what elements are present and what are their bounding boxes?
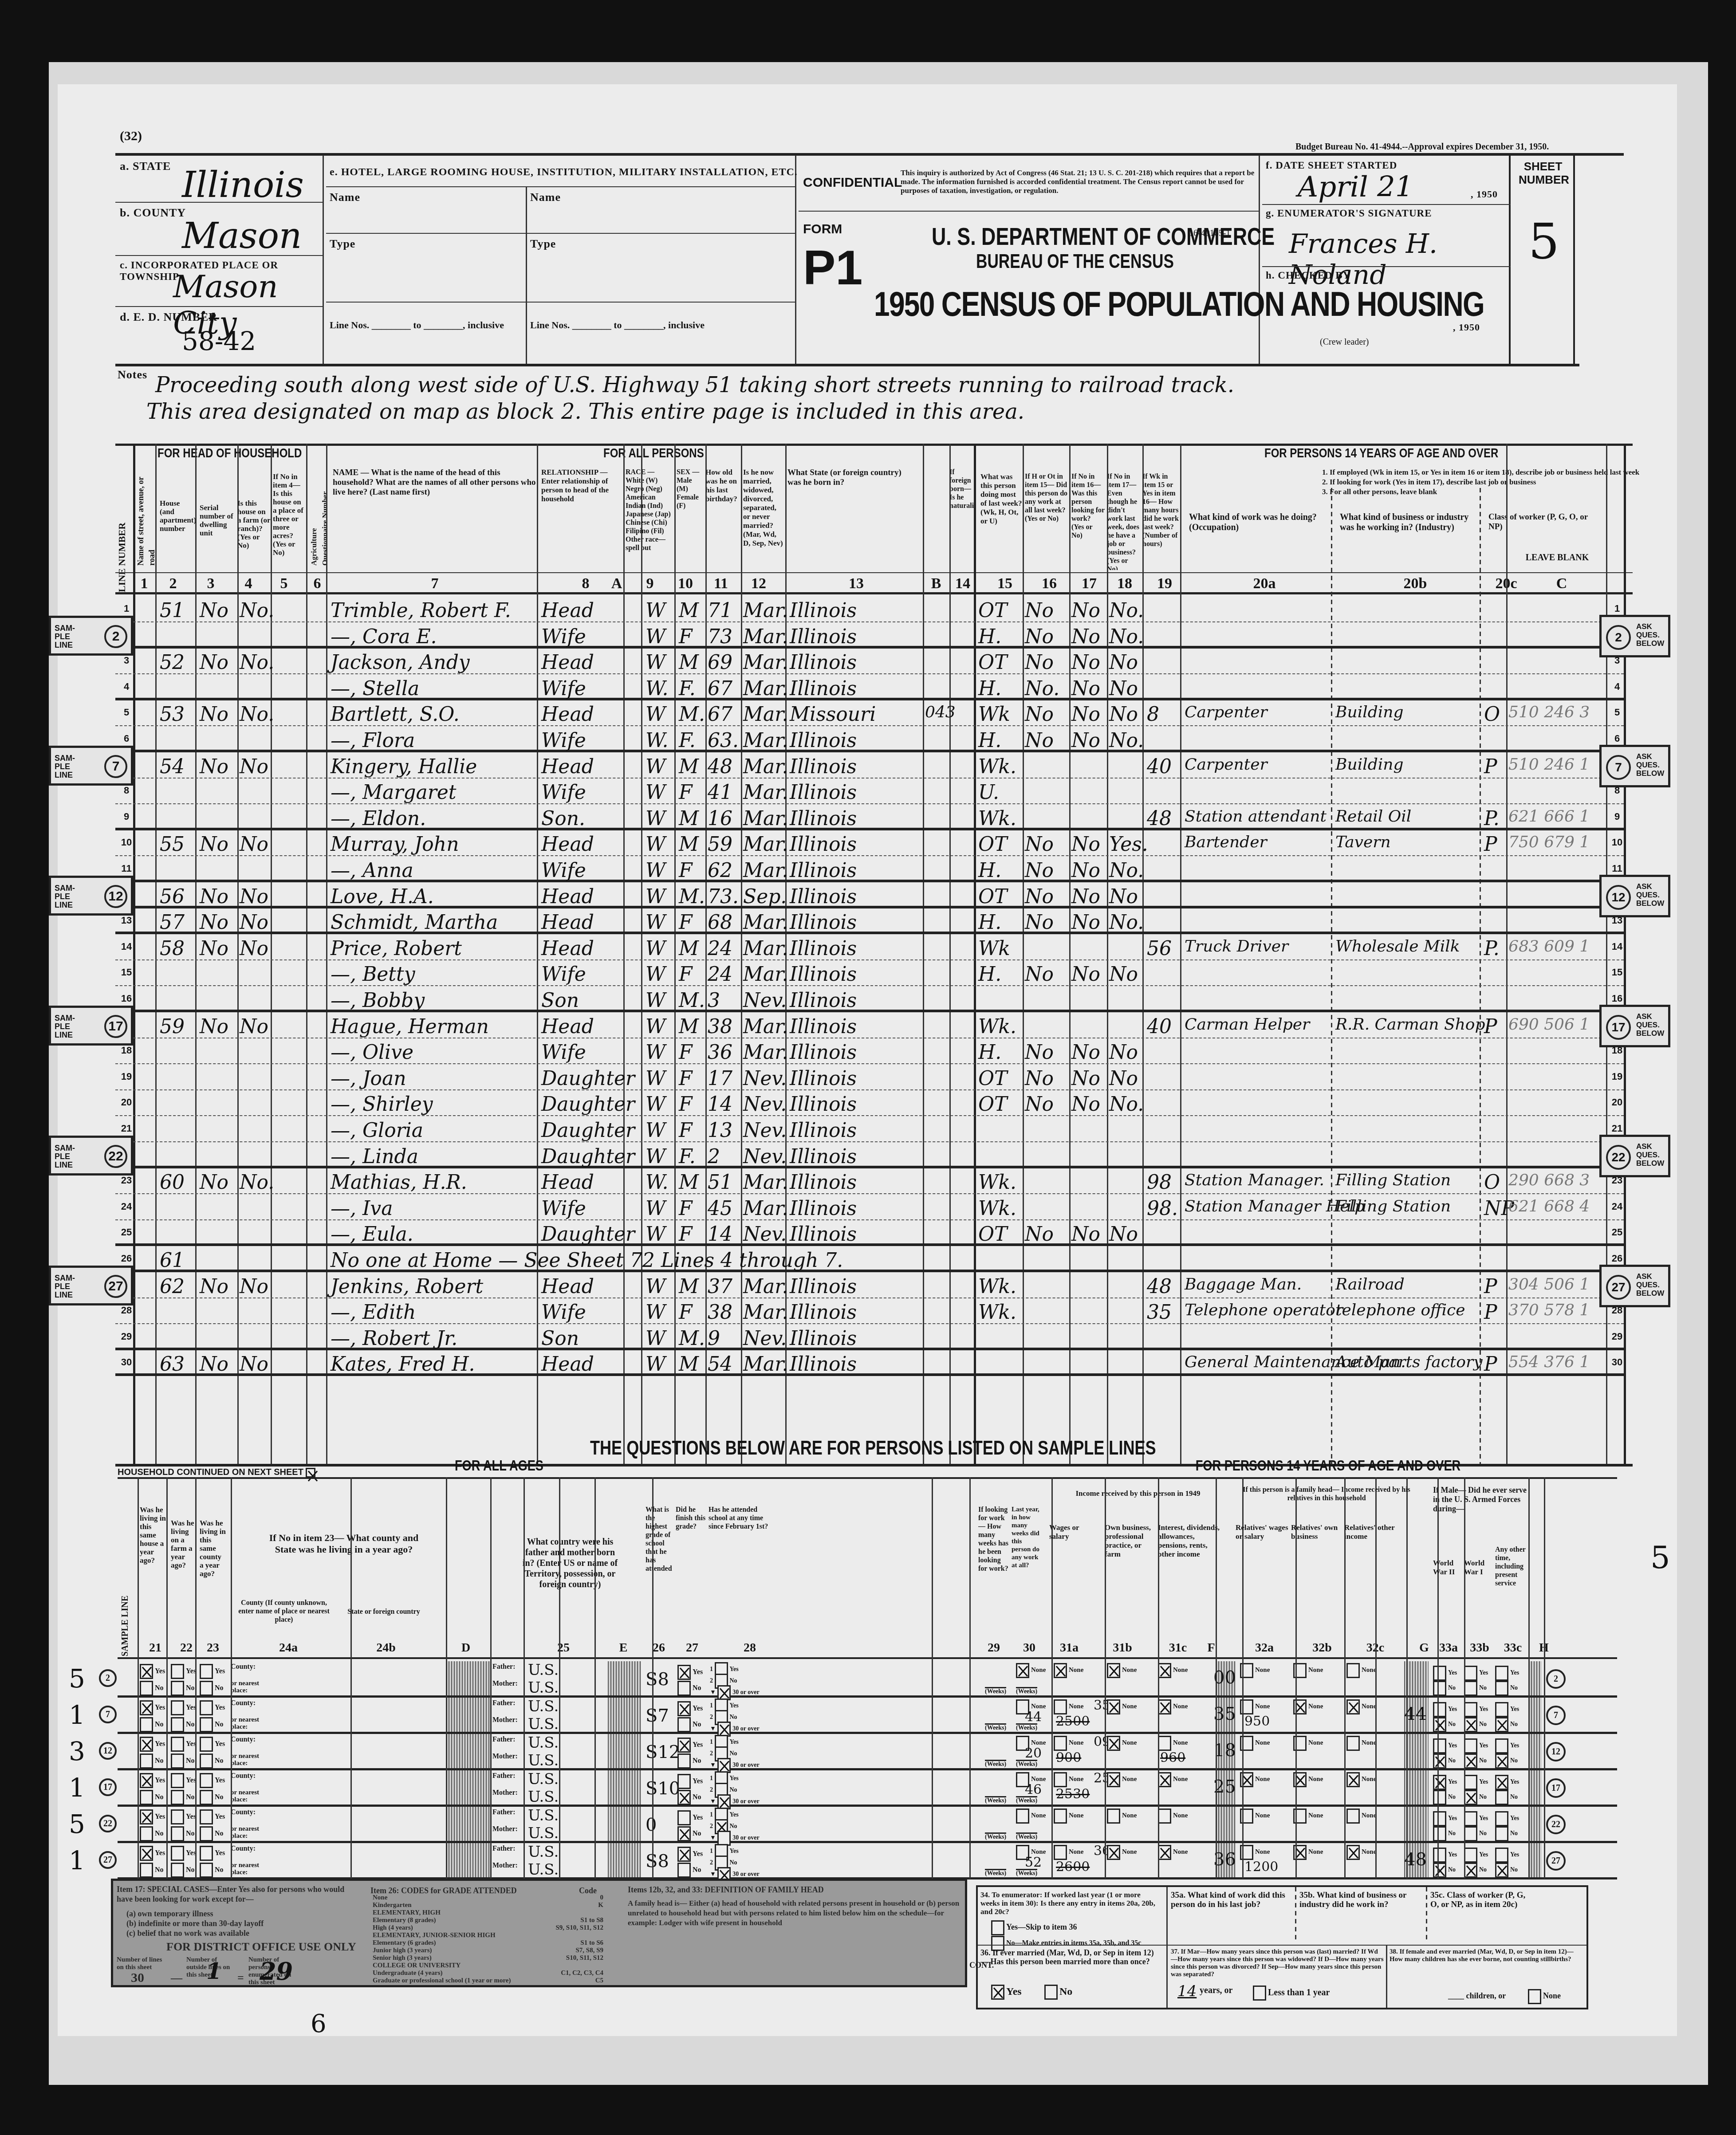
grade-code-item: ELEMENTARY, HIGH xyxy=(373,1909,603,1917)
q22-no-checkbox[interactable] xyxy=(171,1754,184,1769)
sample-line-circle-right: 22 xyxy=(1546,1815,1566,1834)
q23-yes[interactable]: Yes xyxy=(200,1700,225,1715)
q27-no[interactable]: No xyxy=(677,1754,701,1769)
q23-yes-checkbox[interactable] xyxy=(200,1773,213,1788)
q23-yes-checkbox[interactable] xyxy=(200,1846,213,1861)
q27-no-checkbox[interactable] xyxy=(677,1717,691,1732)
sample-header-band: SAMPLE LINE Was he living in this same h… xyxy=(118,1477,1617,1659)
q21-yes-checkbox[interactable] xyxy=(140,1737,153,1752)
race: W xyxy=(646,833,665,856)
q27-no[interactable]: No xyxy=(677,1826,701,1841)
line-number-right: 18 xyxy=(1608,1045,1626,1056)
q33a-yes-checkbox[interactable] xyxy=(1433,1811,1446,1826)
q31a-none-checkbox[interactable] xyxy=(1054,1845,1067,1860)
q23-no[interactable]: No xyxy=(200,1681,224,1696)
q33c-no-checkbox[interactable] xyxy=(1495,1717,1508,1732)
person-name: Trimble, Robert F. xyxy=(331,599,511,622)
q31b-none[interactable]: None xyxy=(1107,1845,1137,1860)
q33a-yes[interactable]: Yes xyxy=(1433,1848,1457,1863)
q27-yes-checkbox[interactable] xyxy=(677,1847,691,1862)
q33a-yes[interactable]: Yes xyxy=(1433,1811,1457,1826)
form-id: P1 xyxy=(803,240,863,296)
q33b-no[interactable]: No xyxy=(1464,1681,1487,1696)
q22-no[interactable]: No xyxy=(171,1754,195,1769)
q32a-none[interactable]: None xyxy=(1240,1699,1270,1714)
person-name: Love, H.A. xyxy=(331,885,434,908)
q33a-no-checkbox[interactable] xyxy=(1433,1717,1446,1732)
q27-yes[interactable]: Yes xyxy=(677,1847,703,1862)
q27-no[interactable]: No xyxy=(677,1790,701,1805)
q31c-none[interactable]: None xyxy=(1158,1809,1188,1824)
q23-yes[interactable]: Yes xyxy=(200,1846,225,1861)
q32c-none-checkbox[interactable] xyxy=(1346,1736,1360,1751)
q33b-yes[interactable]: Yes xyxy=(1464,1848,1488,1863)
q23-no[interactable]: No xyxy=(200,1826,224,1841)
q31c-none-checkb[interactable] xyxy=(1158,1736,1171,1751)
sex: M xyxy=(679,833,699,856)
house-number: 52 xyxy=(160,651,185,674)
q23-no-checkbox[interactable] xyxy=(200,1681,213,1696)
q22-yes-checkbox[interactable] xyxy=(171,1809,184,1824)
q21-yes-checkbox[interactable] xyxy=(140,1846,153,1861)
q22-yes[interactable]: Yes xyxy=(171,1846,196,1861)
q31c-none[interactable]: None xyxy=(1158,1736,1188,1751)
q23-no-checkbox[interactable] xyxy=(200,1717,213,1732)
q22-no-checkbox[interactable] xyxy=(171,1790,184,1805)
q22-no[interactable]: No xyxy=(171,1717,195,1732)
person-name: —, Stella xyxy=(331,677,419,700)
q27-yes[interactable]: Yes xyxy=(677,1701,703,1716)
q23-no[interactable]: No xyxy=(200,1717,224,1732)
q31a-none[interactable]: None xyxy=(1054,1699,1083,1714)
q33a-no[interactable]: No xyxy=(1433,1826,1456,1841)
q33c-yes[interactable]: Yes xyxy=(1495,1775,1519,1790)
q27-no-checkbox[interactable] xyxy=(677,1863,691,1878)
grade-code-item: ELEMENTARY, JUNIOR-SENIOR HIGH xyxy=(373,1932,603,1939)
q33a-yes-checkbox[interactable] xyxy=(1433,1666,1446,1681)
q31c-none-checkb[interactable] xyxy=(1158,1663,1171,1678)
relationship: Daughter xyxy=(541,1145,635,1168)
q27-yes[interactable]: Yes xyxy=(677,1738,703,1753)
q33b-yes[interactable]: Yes xyxy=(1464,1702,1488,1717)
q22-no-checkbox[interactable] xyxy=(171,1863,184,1878)
class-of-worker: P xyxy=(1484,1353,1497,1376)
q33a-yes-checkbox[interactable] xyxy=(1433,1702,1446,1717)
has-job: No xyxy=(1109,963,1138,986)
q21-no[interactable]: No xyxy=(140,1826,164,1841)
q33a-no[interactable]: No xyxy=(1433,1754,1456,1769)
q31c-none-checkb[interactable] xyxy=(1158,1809,1171,1824)
q31b-none[interactable]: None xyxy=(1107,1736,1137,1751)
divider xyxy=(231,1477,232,1879)
occupation-instruction-2: 2. If looking for work (Yes in item 17),… xyxy=(1322,478,1699,487)
q33c-no-checkbox[interactable] xyxy=(1495,1790,1508,1805)
q32b-none[interactable]: None xyxy=(1293,1772,1323,1787)
q32c-none[interactable]: None xyxy=(1346,1845,1376,1860)
q23-yes[interactable]: Yes xyxy=(200,1809,225,1824)
q33b-no-checkbox[interactable] xyxy=(1464,1681,1477,1696)
q31a-none-checkbox[interactable] xyxy=(1054,1736,1067,1751)
q33c-no[interactable]: No xyxy=(1495,1717,1518,1732)
grade-code-label: Junior high (3 years) xyxy=(373,1947,432,1954)
q31b-none-checkbox[interactable] xyxy=(1107,1809,1120,1824)
divider xyxy=(115,202,324,203)
q38-none-checkbox[interactable] xyxy=(1528,1989,1541,2004)
margin-tally: 1 xyxy=(69,1845,85,1875)
q27-no-checkbox[interactable] xyxy=(677,1790,691,1805)
q31c-none[interactable]: None xyxy=(1158,1845,1188,1860)
q33c-no-checkbox[interactable] xyxy=(1495,1826,1508,1841)
q22-yes[interactable]: Yes xyxy=(171,1664,196,1679)
q31a-none[interactable]: None xyxy=(1054,1772,1083,1787)
q33a-yes[interactable]: Yes xyxy=(1433,1666,1457,1681)
q32c-none[interactable]: None xyxy=(1346,1699,1376,1714)
house-number: 60 xyxy=(160,1171,185,1194)
col-header-14: If foreign born— Is he naturalized? xyxy=(949,468,976,566)
sex: F xyxy=(679,1041,693,1064)
q21-yes-checkbox[interactable] xyxy=(140,1809,153,1824)
q33b-yes-checkbox[interactable] xyxy=(1464,1666,1477,1681)
q31a-none-checkbox[interactable] xyxy=(1054,1699,1067,1714)
q22-yes[interactable]: Yes xyxy=(171,1700,196,1715)
q33c-no[interactable]: No xyxy=(1495,1681,1518,1696)
q22-no-checkbox[interactable] xyxy=(171,1717,184,1732)
q32b-none[interactable]: None xyxy=(1293,1845,1323,1860)
q32b-none[interactable]: None xyxy=(1293,1736,1323,1751)
q32a-none[interactable]: None xyxy=(1240,1845,1270,1860)
q31a-none[interactable]: None xyxy=(1054,1809,1083,1824)
q21-yes-checkbox[interactable] xyxy=(140,1664,153,1679)
q33a-no[interactable]: No xyxy=(1433,1681,1456,1696)
relationship: Head xyxy=(541,703,594,726)
q27-no-checkbox[interactable] xyxy=(677,1754,691,1769)
q21-yes-checkbox[interactable] xyxy=(140,1700,153,1715)
q36-no-checkbox[interactable] xyxy=(1044,1985,1058,2000)
q33c-yes-checkbox[interactable] xyxy=(1495,1738,1508,1754)
divider xyxy=(1262,204,1511,205)
q32c-none-checkbox[interactable] xyxy=(1346,1663,1360,1678)
q33a-no-checkbox[interactable] xyxy=(1433,1863,1446,1878)
q33b-yes[interactable]: Yes xyxy=(1464,1775,1488,1790)
q27-yes-checkbox[interactable] xyxy=(677,1810,691,1825)
q31a-none[interactable]: None xyxy=(1054,1736,1083,1751)
q31a-none-checkbox[interactable] xyxy=(1054,1663,1067,1678)
person-name: Kingery, Hallie xyxy=(331,755,477,778)
q21-yes[interactable]: Yes xyxy=(140,1664,165,1679)
household-continued-checkbox[interactable] xyxy=(306,1468,315,1478)
q27-no[interactable]: No xyxy=(677,1717,701,1732)
q21-no-checkbox[interactable] xyxy=(140,1754,153,1769)
q33b-no-checkbox[interactable] xyxy=(1464,1790,1477,1805)
q32b-none[interactable]: None xyxy=(1293,1663,1323,1678)
q30-none[interactable]: None xyxy=(1016,1663,1046,1678)
q33c-yes[interactable]: Yes xyxy=(1495,1848,1519,1863)
office-code: 370 578 1 xyxy=(1508,1301,1590,1319)
q36-yes-option[interactable]: Yes xyxy=(991,1985,1022,2000)
q22-yes[interactable]: Yes xyxy=(171,1809,196,1824)
q37-less-checkbox[interactable] xyxy=(1253,1986,1266,2001)
q23-no-checkbox[interactable] xyxy=(200,1826,213,1841)
q31b-none[interactable]: None xyxy=(1107,1772,1137,1787)
q22-yes[interactable]: Yes xyxy=(171,1773,196,1788)
q31c-none-checkb[interactable] xyxy=(1158,1845,1171,1860)
q23-no-checkbox[interactable] xyxy=(200,1754,213,1769)
hours-worked: 48 xyxy=(1147,807,1172,830)
q33c-no-checkbox[interactable] xyxy=(1495,1681,1508,1696)
relationship: Head xyxy=(541,885,594,908)
q33a-no-checkbox[interactable] xyxy=(1433,1681,1446,1696)
q33b-yes-checkbox[interactable] xyxy=(1464,1702,1477,1717)
leave-blank-E xyxy=(608,1734,641,1768)
q21-no-checkbox[interactable] xyxy=(140,1790,153,1805)
q33b-yes-checkbox[interactable] xyxy=(1464,1738,1477,1754)
q31c-none[interactable]: None xyxy=(1158,1772,1188,1787)
q27-yes-checkbox[interactable] xyxy=(677,1774,691,1789)
q33b-yes-checkbox[interactable] xyxy=(1464,1848,1477,1863)
q33b-no[interactable]: No xyxy=(1464,1754,1487,1769)
q33b-no[interactable]: No xyxy=(1464,1790,1487,1805)
q33b-no-checkbox[interactable] xyxy=(1464,1754,1477,1769)
q22-no[interactable]: No xyxy=(171,1790,195,1805)
q27-no[interactable]: No xyxy=(677,1681,701,1696)
q31a-none-checkbox[interactable] xyxy=(1054,1772,1067,1787)
q33c-no[interactable]: No xyxy=(1495,1826,1518,1841)
race: W xyxy=(646,651,665,674)
q32c-none-checkbox[interactable] xyxy=(1346,1845,1360,1860)
q32a-none[interactable]: None xyxy=(1240,1663,1270,1678)
q33b-no[interactable]: No xyxy=(1464,1863,1487,1878)
q30-none-checkbox[interactable] xyxy=(1016,1809,1029,1824)
q23-no[interactable]: No xyxy=(200,1754,224,1769)
q21-no[interactable]: No xyxy=(140,1754,164,1769)
q31b-none-checkbox[interactable] xyxy=(1107,1772,1120,1787)
q21-yes[interactable]: Yes xyxy=(140,1700,165,1715)
q22-no-checkbox[interactable] xyxy=(171,1826,184,1841)
q31b-none-checkbox[interactable] xyxy=(1107,1699,1120,1714)
q23-no-checkbox[interactable] xyxy=(200,1790,213,1805)
sex: F xyxy=(679,859,693,882)
q21-yes[interactable]: Yes xyxy=(140,1737,165,1752)
q21-yes[interactable]: Yes xyxy=(140,1809,165,1824)
q32b-none[interactable]: None xyxy=(1293,1699,1323,1714)
q27-yes-checkbox[interactable] xyxy=(677,1738,691,1753)
q38-none-option[interactable]: None xyxy=(1528,1989,1561,2004)
q23-yes[interactable]: Yes xyxy=(200,1737,225,1752)
q31c-none-checkb[interactable] xyxy=(1158,1699,1171,1714)
q31c-none[interactable]: None xyxy=(1158,1663,1188,1678)
q31b-none-checkbox[interactable] xyxy=(1107,1736,1120,1751)
q32c-none-checkbox[interactable] xyxy=(1346,1809,1360,1824)
col-header-10: SEX — Male (M) Female (F) xyxy=(677,468,703,566)
q23-no[interactable]: No xyxy=(200,1790,224,1805)
q23-no[interactable]: No xyxy=(200,1863,224,1878)
q21-no-checkbox[interactable] xyxy=(140,1826,153,1841)
q36-no-option[interactable]: No xyxy=(1044,1985,1072,2000)
q33b-yes[interactable]: Yes xyxy=(1464,1666,1488,1681)
relationship: Head xyxy=(541,833,594,856)
q21-yes[interactable]: Yes xyxy=(140,1846,165,1861)
q22-yes-checkbox[interactable] xyxy=(171,1846,184,1861)
q33a-yes-checkbox[interactable] xyxy=(1433,1848,1446,1863)
q29-weeks: (Weeks) xyxy=(985,1687,1006,1695)
q32a-none[interactable]: None xyxy=(1240,1772,1270,1787)
q27-no[interactable]: No xyxy=(677,1863,701,1878)
divider xyxy=(115,364,1579,366)
q27-yes-checkbox[interactable] xyxy=(677,1701,691,1716)
q34-yes-checkbox[interactable] xyxy=(991,1920,1004,1935)
q30-none-checkbox[interactable] xyxy=(1016,1663,1029,1678)
q31c-none-checkb[interactable] xyxy=(1158,1772,1171,1787)
q32c-none[interactable]: None xyxy=(1346,1772,1376,1787)
q33b-no[interactable]: No xyxy=(1464,1717,1487,1732)
q33c-no-checkbox[interactable] xyxy=(1495,1863,1508,1878)
q27-yes-checkbox[interactable] xyxy=(677,1665,691,1680)
q27-no-checkbox[interactable] xyxy=(677,1826,691,1841)
q27-yes[interactable]: Yes xyxy=(677,1665,703,1680)
q33c-yes[interactable]: Yes xyxy=(1495,1811,1519,1826)
marital-status: Nev. xyxy=(743,1223,787,1246)
q33a-no-checkbox[interactable] xyxy=(1433,1826,1446,1841)
q31a-none[interactable]: None xyxy=(1054,1663,1083,1678)
q22-yes-checkbox[interactable] xyxy=(171,1737,184,1752)
q33a-yes[interactable]: Yes xyxy=(1433,1775,1457,1790)
q33a-no[interactable]: No xyxy=(1433,1863,1456,1878)
birthplace: Illinois xyxy=(790,911,857,934)
q31c-none[interactable]: None xyxy=(1158,1699,1188,1714)
line-number-right: 29 xyxy=(1608,1331,1626,1342)
q36-yes-checkbox[interactable] xyxy=(991,1985,1004,2000)
q33b-yes[interactable]: Yes xyxy=(1464,1738,1488,1754)
q21-no[interactable]: No xyxy=(140,1717,164,1732)
line-number: 28 xyxy=(118,1305,135,1316)
col-num-20b: 20b xyxy=(1402,575,1429,592)
q22-yes-checkbox[interactable] xyxy=(171,1664,184,1679)
q37-less-option[interactable]: Less than 1 year xyxy=(1253,1986,1330,2001)
q33c-yes[interactable]: Yes xyxy=(1495,1666,1519,1681)
q31b-none-checkbox[interactable] xyxy=(1107,1845,1120,1860)
q31b-none[interactable]: None xyxy=(1107,1699,1137,1714)
line-number: 11 xyxy=(118,863,135,874)
q31b-none[interactable]: None xyxy=(1107,1663,1137,1678)
q21-no[interactable]: No xyxy=(140,1790,164,1805)
relationship: Wife xyxy=(541,677,586,700)
q37-text: 37. If Mar—How many years since this per… xyxy=(1171,1948,1384,1978)
sample-col-num: 24a xyxy=(277,1641,299,1655)
q23-yes-checkbox[interactable] xyxy=(200,1737,213,1752)
q33c-yes[interactable]: Yes xyxy=(1495,1738,1519,1754)
q33a-no-checkbox[interactable] xyxy=(1433,1754,1446,1769)
q33a-no[interactable]: No xyxy=(1433,1790,1456,1805)
person-name: —, Eula. xyxy=(331,1223,413,1246)
q33a-no[interactable]: No xyxy=(1433,1717,1456,1732)
q30-none[interactable]: None xyxy=(1016,1809,1046,1824)
q23-yes-checkbox[interactable] xyxy=(200,1809,213,1824)
q31a-none[interactable]: None xyxy=(1054,1845,1083,1860)
sample-line-circle-right: 27 xyxy=(1546,1851,1566,1871)
q31b-none[interactable]: None xyxy=(1107,1809,1137,1824)
q32b-none[interactable]: None xyxy=(1293,1809,1323,1824)
q33c-yes[interactable]: Yes xyxy=(1495,1702,1519,1717)
q32c-none[interactable]: None xyxy=(1346,1736,1376,1751)
q33c-yes-checkbox[interactable] xyxy=(1495,1848,1508,1863)
q33b-no-checkbox[interactable] xyxy=(1464,1863,1477,1878)
q33c-yes-checkbox[interactable] xyxy=(1495,1702,1508,1717)
q32a-none[interactable]: None xyxy=(1240,1809,1270,1824)
q33c-no[interactable]: No xyxy=(1495,1754,1518,1769)
q27-yes[interactable]: Yes xyxy=(677,1810,703,1825)
q23-yes-checkbox[interactable] xyxy=(200,1664,213,1679)
q33b-no[interactable]: No xyxy=(1464,1826,1487,1841)
col-num-3: 3 xyxy=(202,575,220,592)
person-name: —, Flora xyxy=(331,729,415,752)
q33c-no-checkbox[interactable] xyxy=(1495,1754,1508,1769)
q27-no-checkbox[interactable] xyxy=(677,1681,691,1696)
line-number-right: 11 xyxy=(1608,863,1626,874)
q22-yes-checkbox[interactable] xyxy=(171,1773,184,1788)
q21-no-checkbox[interactable] xyxy=(140,1717,153,1732)
q21-no[interactable]: No xyxy=(140,1863,164,1878)
q33a-no-checkbox[interactable] xyxy=(1433,1790,1446,1805)
q21-no[interactable]: No xyxy=(140,1681,164,1696)
date-label: f. DATE SHEET STARTED xyxy=(1266,160,1397,171)
q23-yes[interactable]: Yes xyxy=(200,1664,225,1679)
q21-no-checkbox[interactable] xyxy=(140,1863,153,1878)
q32a-none[interactable]: None xyxy=(1240,1736,1270,1751)
ask-line-number: 22 xyxy=(1606,1145,1631,1170)
q33c-yes-checkbox[interactable] xyxy=(1495,1775,1508,1790)
q34-yes-option[interactable]: Yes—Skip to item 36 xyxy=(991,1920,1077,1935)
q33a-yes[interactable]: Yes xyxy=(1433,1702,1457,1717)
mother-label: Mother: xyxy=(492,1716,518,1724)
q22-yes-checkbox[interactable] xyxy=(171,1700,184,1715)
q21-no-checkbox[interactable] xyxy=(140,1681,153,1696)
q22-no[interactable]: No xyxy=(171,1826,195,1841)
q32c-none-checkbox[interactable] xyxy=(1346,1772,1360,1787)
q33a-yes[interactable]: Yes xyxy=(1433,1738,1457,1754)
q33c-no[interactable]: No xyxy=(1495,1790,1518,1805)
q31a-none-checkbox[interactable] xyxy=(1054,1809,1067,1824)
q32c-none[interactable]: None xyxy=(1346,1809,1376,1824)
q23-no-checkbox[interactable] xyxy=(200,1863,213,1878)
q23-yes-checkbox[interactable] xyxy=(200,1700,213,1715)
q22-no[interactable]: No xyxy=(171,1863,195,1878)
q32c-none[interactable]: None xyxy=(1346,1663,1376,1678)
q23-yes[interactable]: Yes xyxy=(200,1773,225,1788)
q32c-none-checkbox[interactable] xyxy=(1346,1699,1360,1714)
q33b-yes-checkbox[interactable] xyxy=(1464,1775,1477,1790)
q33c-yes-checkbox[interactable] xyxy=(1495,1811,1508,1826)
q33c-yes-checkbox[interactable] xyxy=(1495,1666,1508,1681)
birthplace: Illinois xyxy=(790,807,857,830)
q22-no[interactable]: No xyxy=(171,1681,195,1696)
q33b-yes-checkbox[interactable] xyxy=(1464,1811,1477,1826)
q33a-yes-checkbox[interactable] xyxy=(1433,1775,1446,1790)
q29-weeks: (Weeks) xyxy=(985,1760,1006,1768)
q33c-no[interactable]: No xyxy=(1495,1863,1518,1878)
q22-no-checkbox[interactable] xyxy=(171,1681,184,1696)
q27-yes[interactable]: Yes xyxy=(677,1774,703,1789)
q21-yes[interactable]: Yes xyxy=(140,1773,165,1788)
sex: M xyxy=(679,807,699,830)
birthplace: Illinois xyxy=(790,1171,857,1194)
q33a-yes-checkbox[interactable] xyxy=(1433,1738,1446,1754)
q33b-yes[interactable]: Yes xyxy=(1464,1811,1488,1826)
q21-yes-checkbox[interactable] xyxy=(140,1773,153,1788)
q22-yes[interactable]: Yes xyxy=(171,1737,196,1752)
q33b-no-checkbox[interactable] xyxy=(1464,1826,1477,1841)
q33b-no-checkbox[interactable] xyxy=(1464,1717,1477,1732)
q31b-none-checkbox[interactable] xyxy=(1107,1663,1120,1678)
